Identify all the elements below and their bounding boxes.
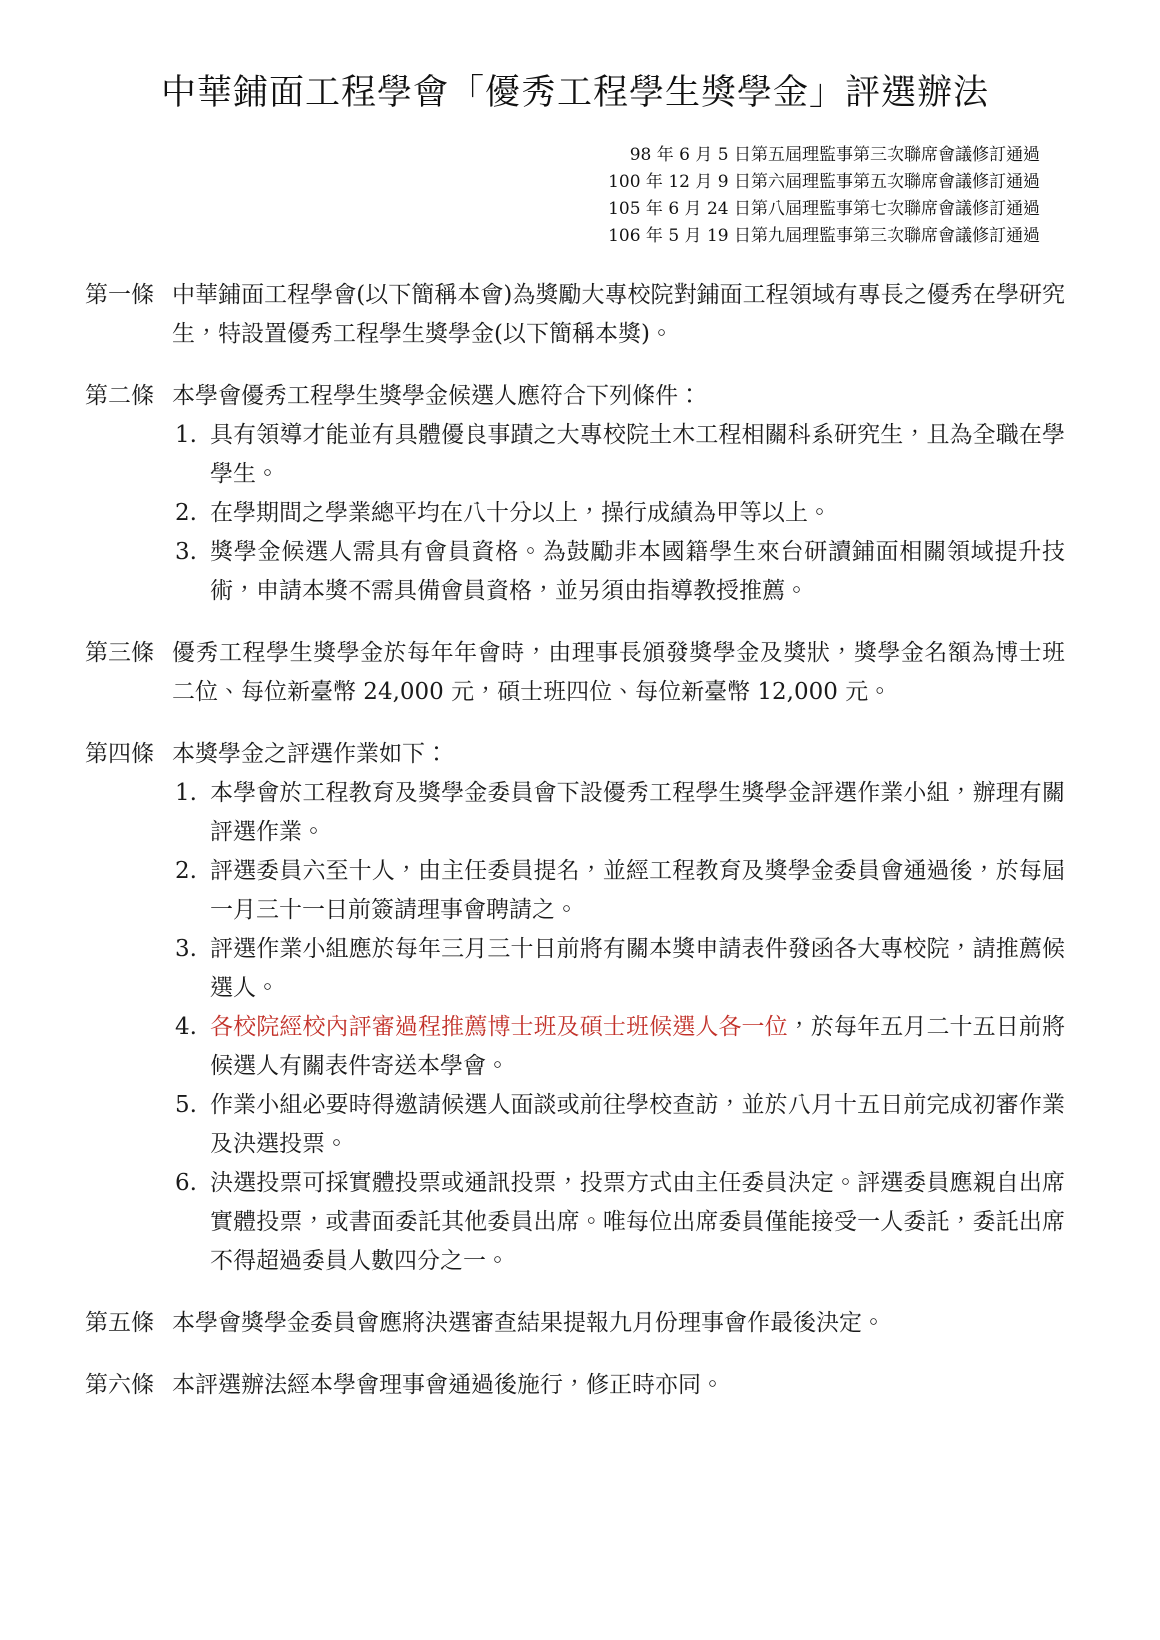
article-1-label: 第一條 [85,276,172,315]
list-item: 1. 本學會於工程教育及獎學金委員會下設優秀工程學生獎學金評選作業小組，辦理有關… [172,774,1065,852]
article-4-label: 第四條 [85,735,172,774]
revision-line: 106 年 5 月 19 日第九屆理監事第三次聯席會議修訂通過 [85,223,1040,250]
list-item-text: 評選委員六至十人，由主任委員提名，並經工程教育及獎學金委員會通過後，於每屆一月三… [210,858,1065,923]
list-item-text: 獎學金候選人需具有會員資格。為鼓勵非本國籍學生來台研讀鋪面相關領域提升技術，申請… [210,539,1065,604]
revision-line: 98 年 6 月 5 日第五屆理監事第三次聯席會議修訂通過 [85,142,1040,169]
list-item-text: 各校院經校內評審過程推薦博士班及碩士班候選人各一位，於每年五月二十五日前將候選人… [210,1014,1065,1079]
revision-line: 105 年 6 月 24 日第八屆理監事第七次聯席會議修訂通過 [85,196,1040,223]
article-5-text: 本學會獎學金委員會應將決選審查結果提報九月份理事會作最後決定。 [172,1304,1065,1343]
list-item-text: 決選投票可採實體投票或通訊投票，投票方式由主任委員決定。評選委員應親自出席實體投… [210,1170,1065,1274]
article-2-text: 本學會優秀工程學生獎學金候選人應符合下列條件： [172,377,1065,416]
article-6-label: 第六條 [85,1366,172,1405]
document-page: 中華鋪面工程學會「優秀工程學生獎學金」評選辦法 98 年 6 月 5 日第五屆理… [0,0,1160,1640]
list-number: 1. [175,416,197,455]
list-number: 3. [175,533,197,572]
list-item-text: 在學期間之學業總平均在八十分以上，操行成績為甲等以上。 [210,500,831,526]
list-item: 6. 決選投票可採實體投票或通訊投票，投票方式由主任委員決定。評選委員應親自出席… [172,1164,1065,1281]
document-title: 中華鋪面工程學會「優秀工程學生獎學金」評選辦法 [85,72,1065,116]
article-3-text: 優秀工程學生獎學金於每年年會時，由理事長頒發獎學金及獎狀，獎學金名額為博士班二位… [172,634,1065,712]
article-3-label: 第三條 [85,634,172,673]
list-number: 2. [175,852,197,891]
list-number: 2. [175,494,197,533]
list-item: 1. 具有領導才能並有具體優良事蹟之大專校院土木工程相關科系研究生，且為全職在學… [172,416,1065,494]
list-number: 3. [175,930,197,969]
list-item-text: 評選作業小組應於每年三月三十日前將有關本獎申請表件發函各大專校院，請推薦候選人。 [210,936,1065,1001]
article-1-text: 中華鋪面工程學會(以下簡稱本會)為獎勵大專校院對鋪面工程領域有專長之優秀在學研究… [172,276,1065,354]
article-3: 第三條 優秀工程學生獎學金於每年年會時，由理事長頒發獎學金及獎狀，獎學金名額為博… [85,634,1065,712]
list-number: 1. [175,774,197,813]
article-1: 第一條 中華鋪面工程學會(以下簡稱本會)為獎勵大專校院對鋪面工程領域有專長之優秀… [85,276,1065,354]
article-2-label: 第二條 [85,377,172,416]
article-4-list: 1. 本學會於工程教育及獎學金委員會下設優秀工程學生獎學金評選作業小組，辦理有關… [172,774,1065,1281]
list-item-text: 具有領導才能並有具體優良事蹟之大專校院土木工程相關科系研究生，且為全職在學學生。 [210,422,1065,487]
list-item: 2. 在學期間之學業總平均在八十分以上，操行成績為甲等以上。 [172,494,1065,533]
highlighted-red-text: 各校院經校內評審過程推薦博士班及碩士班候選人各一位 [210,1014,788,1040]
list-number: 6. [175,1164,197,1203]
revision-history: 98 年 6 月 5 日第五屆理監事第三次聯席會議修訂通過 100 年 12 月… [85,142,1065,250]
list-item: 2. 評選委員六至十人，由主任委員提名，並經工程教育及獎學金委員會通過後，於每屆… [172,852,1065,930]
article-5-label: 第五條 [85,1304,172,1343]
list-number: 5. [175,1086,197,1125]
list-item-text: 作業小組必要時得邀請候選人面談或前往學校查訪，並於八月十五日前完成初審作業及決選… [210,1092,1065,1157]
list-item-text: 本學會於工程教育及獎學金委員會下設優秀工程學生獎學金評選作業小組，辦理有關評選作… [210,780,1065,845]
article-6-text: 本評選辦法經本學會理事會通過後施行，修正時亦同。 [172,1366,1065,1405]
document-body: 第一條 中華鋪面工程學會(以下簡稱本會)為獎勵大專校院對鋪面工程領域有專長之優秀… [85,276,1065,1405]
article-4: 第四條 本獎學金之評選作業如下： 1. 本學會於工程教育及獎學金委員會下設優秀工… [85,735,1065,1281]
article-2: 第二條 本學會優秀工程學生獎學金候選人應符合下列條件： 1. 具有領導才能並有具… [85,377,1065,611]
article-5: 第五條 本學會獎學金委員會應將決選審查結果提報九月份理事會作最後決定。 [85,1304,1065,1343]
list-item: 3. 評選作業小組應於每年三月三十日前將有關本獎申請表件發函各大專校院，請推薦候… [172,930,1065,1008]
list-item: 5. 作業小組必要時得邀請候選人面談或前往學校查訪，並於八月十五日前完成初審作業… [172,1086,1065,1164]
article-4-text: 本獎學金之評選作業如下： [172,735,1065,774]
list-item-highlighted: 4. 各校院經校內評審過程推薦博士班及碩士班候選人各一位，於每年五月二十五日前將… [172,1008,1065,1086]
article-6: 第六條 本評選辦法經本學會理事會通過後施行，修正時亦同。 [85,1366,1065,1405]
list-number: 4. [175,1008,197,1047]
revision-line: 100 年 12 月 9 日第六屆理監事第五次聯席會議修訂通過 [85,169,1040,196]
list-item: 3. 獎學金候選人需具有會員資格。為鼓勵非本國籍學生來台研讀鋪面相關領域提升技術… [172,533,1065,611]
article-2-list: 1. 具有領導才能並有具體優良事蹟之大專校院土木工程相關科系研究生，且為全職在學… [172,416,1065,611]
